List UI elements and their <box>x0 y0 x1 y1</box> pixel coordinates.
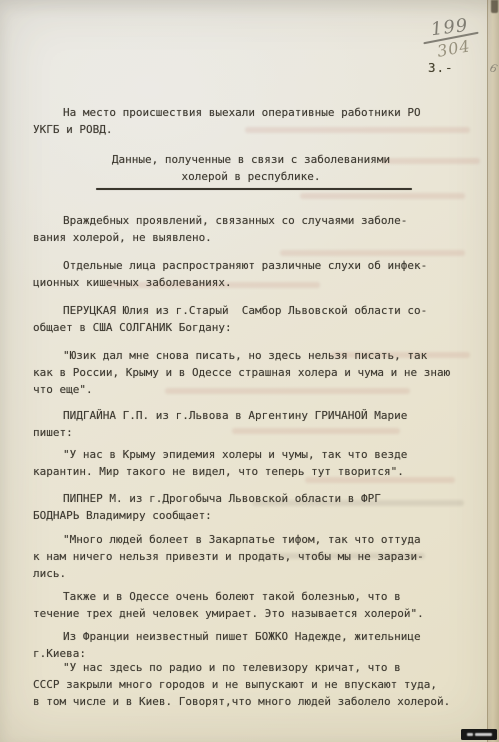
document-line: На место происшествия выехали оперативны… <box>33 104 469 121</box>
document-line: ционных кишечных заболеваниях. <box>33 274 469 291</box>
document-line: пишет: <box>33 424 469 441</box>
document-line: УКГБ и РОВД. <box>33 121 469 138</box>
document-paragraph: Отдельные лица распространяют различные … <box>33 257 469 291</box>
document-line: Из Франции неизвестный пишет БОЖКО Надеж… <box>33 628 469 645</box>
document-line: БОДНАРЬ Владимиру сообщает: <box>33 507 469 524</box>
document-line: Отдельные лица распространяют различные … <box>33 257 469 274</box>
document-paragraph: "Юзик дал мне снова писать, но здесь нел… <box>33 347 469 398</box>
document-paragraph: На место происшествия выехали оперативны… <box>33 104 469 138</box>
typed-page-number: 3.- <box>428 60 454 75</box>
document-line: СССР закрыли много городов и не выпускаю… <box>33 676 469 693</box>
document-line: течение трех дней человек умирает. Это н… <box>33 605 469 622</box>
document-paragraph: Также и в Одессе очень болеют такой боле… <box>33 588 469 622</box>
document-paragraph: ПЕРУЦКАЯ Юлия из г.Старый Самбор Львовск… <box>33 302 469 336</box>
document-line: общает в США СОЛГАНИК Богдану: <box>33 319 469 336</box>
document-paragraph: Враждебных проявлений, связанных со случ… <box>33 212 469 246</box>
watermark-badge <box>461 729 497 740</box>
document-line: лись. <box>33 565 469 582</box>
document-line: к нам ничего нельзя привезти и продать, … <box>33 548 469 565</box>
document-heading: Данные, полученные в связи с заболевания… <box>33 151 469 190</box>
document-line: ПЕРУЦКАЯ Юлия из г.Старый Самбор Львовск… <box>33 302 469 319</box>
corner-stain <box>491 0 498 13</box>
document-line: карантин. Мир такого не видел, что тепер… <box>33 463 469 480</box>
document-line: ПИДГАЙНА Г.П. из г.Львова в Аргентину ГР… <box>33 407 469 424</box>
document-paragraph: "У нас в Крыму эпидемия холеры и чумы, т… <box>33 446 469 480</box>
document-line: "Юзик дал мне снова писать, но здесь нел… <box>33 347 469 364</box>
heading-underline <box>96 188 412 190</box>
document-paragraph: ПИПНЕР М. из г.Дрогобыча Львовской облас… <box>33 490 469 524</box>
document-body: На место происшествия выехали оперативны… <box>33 104 469 710</box>
document-line: "Много людей болеет в Закарпатье тифом, … <box>33 531 469 548</box>
document-line: в том числе и в Киев. Говорят,что много … <box>33 693 469 710</box>
watermark-text-illegible <box>467 733 473 736</box>
watermark-text-illegible <box>475 733 492 736</box>
document-line: "У нас в Крыму эпидемия холеры и чумы, т… <box>33 446 469 463</box>
document-line: Враждебных проявлений, связанных со случ… <box>33 212 469 229</box>
document-paragraph: "У нас здесь по радио и по телевизору кр… <box>33 659 469 710</box>
document-line: "У нас здесь по радио и по телевизору кр… <box>33 659 469 676</box>
document-line: холерой в республике. <box>33 168 469 185</box>
document-line: Также и в Одессе очень болеют такой боле… <box>33 588 469 605</box>
document-paragraph: Из Франции неизвестный пишет БОЖКО Надеж… <box>33 628 469 662</box>
document-paragraph: ПИДГАЙНА Г.П. из г.Львова в Аргентину ГР… <box>33 407 469 441</box>
document-line: вания холерой, не выявлено. <box>33 229 469 246</box>
document-line: ПИПНЕР М. из г.Дрогобыча Львовской облас… <box>33 490 469 507</box>
document-line: как в России, Крыму и в Одессе страшная … <box>33 364 469 381</box>
document-line: Данные, полученные в связи с заболевания… <box>33 151 469 168</box>
document-paragraph: "Много людей болеет в Закарпатье тифом, … <box>33 531 469 582</box>
document-line: что еще". <box>33 381 469 398</box>
page-edge-strip <box>487 0 499 742</box>
scanned-document-page: 6 199 304 3.- На место происшествия выех… <box>0 0 499 742</box>
